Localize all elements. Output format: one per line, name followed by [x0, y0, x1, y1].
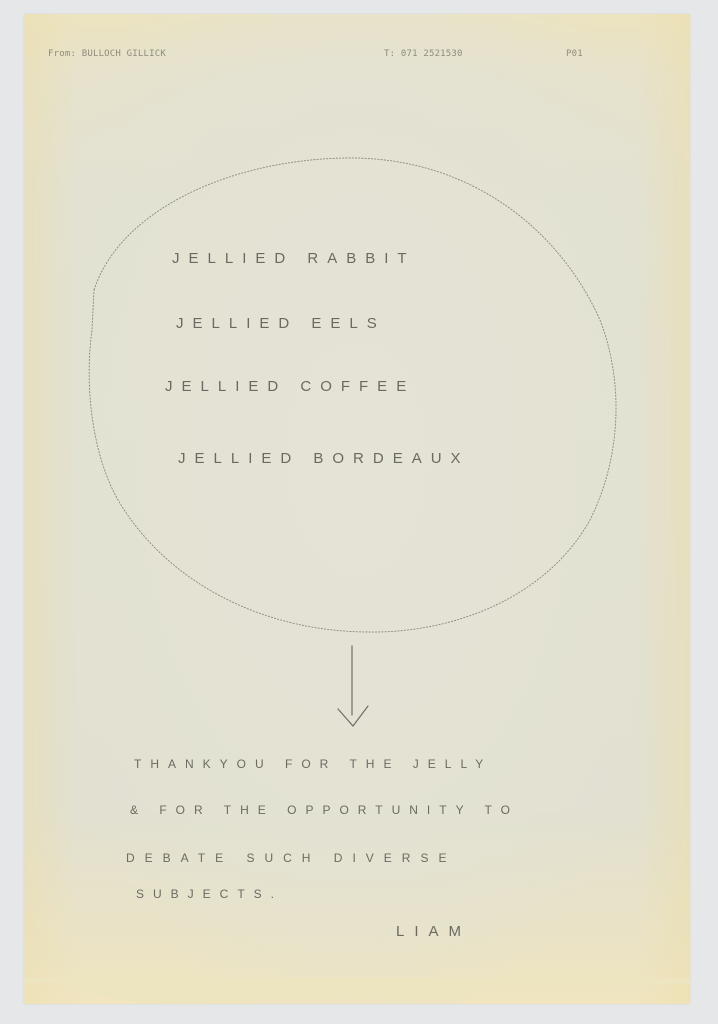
down-arrow-icon	[338, 646, 368, 726]
message-line: & FOR THE OPPORTUNITY TO	[130, 803, 519, 817]
message-line: THANKYOU FOR THE JELLY	[134, 757, 492, 771]
list-item: JELLIED BORDEAUX	[178, 450, 470, 467]
signature: LIAM	[396, 923, 471, 940]
pencil-drawing	[0, 0, 718, 1024]
message-line: DEBATE SUCH DIVERSE	[126, 851, 456, 865]
message-line: SUBJECTS.	[136, 887, 283, 901]
list-item: JELLIED COFFEE	[165, 378, 415, 395]
list-item: JELLIED RABBIT	[172, 250, 416, 267]
list-item: JELLIED EELS	[176, 315, 386, 332]
